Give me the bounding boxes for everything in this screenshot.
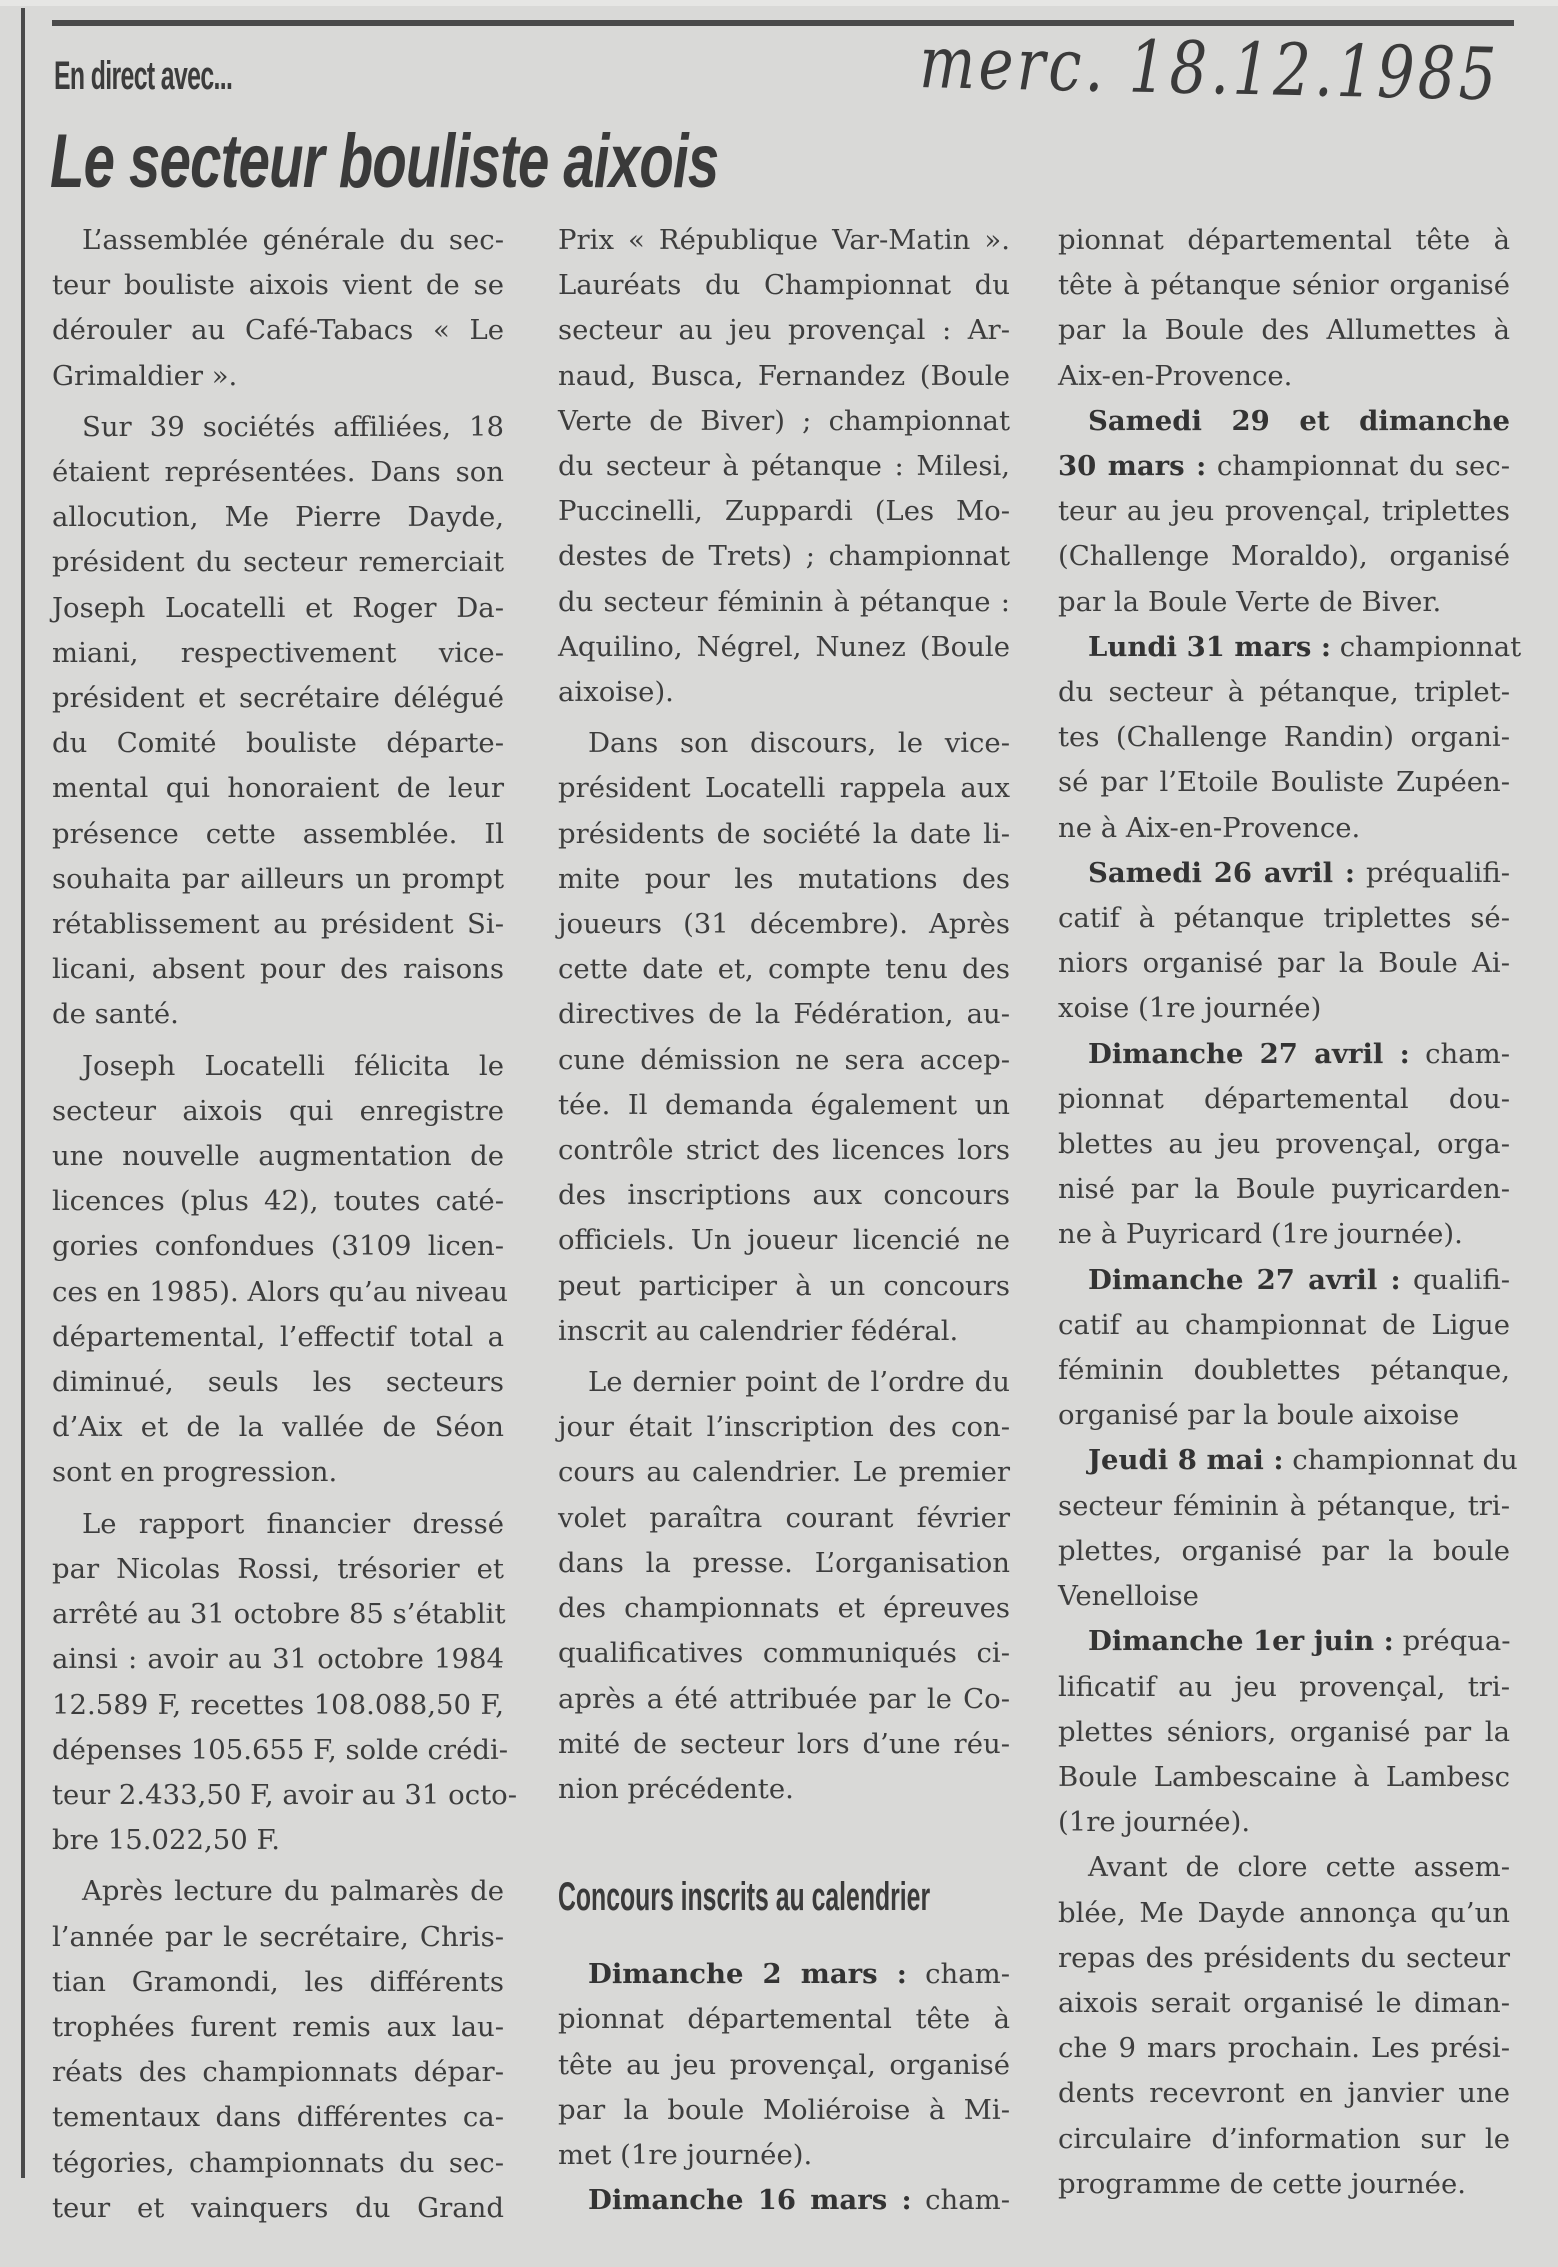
text-line: miani, respectivement vice- — [52, 631, 504, 676]
text-line: aixoise). — [558, 670, 1010, 715]
text-line: secteur au jeu provençal : Ar- — [558, 308, 1010, 353]
text-line: nisé par la Boule puyricarden- — [1058, 1167, 1510, 1212]
text-line: tementaux dans différentes ca- — [52, 2095, 504, 2140]
text-line: président Locatelli rappela aux — [558, 766, 1010, 811]
text-line: cune démission ne sera accep- — [558, 1038, 1010, 1083]
text-line: Samedi 29 et dimanche — [1058, 399, 1510, 444]
text-line: président du secteur remerciait — [52, 540, 504, 585]
event-date: Dimanche 1er juin : — [1088, 1625, 1394, 1657]
text-line: officiels. Un joueur licencié ne — [558, 1218, 1010, 1263]
event-item-continued: pionnat départemental tête à tête à péta… — [1058, 218, 1510, 399]
text-line: cette date et, compte tenu des — [558, 947, 1010, 992]
text-line: tée. Il demanda également un — [558, 1083, 1010, 1128]
text-line: tian Gramondi, les différents — [52, 1960, 504, 2005]
text-line: met (1re journée). — [558, 2133, 1010, 2178]
text-line: départemental, l’effectif total a — [52, 1315, 504, 1360]
event-date: Samedi 26 avril : — [1088, 857, 1355, 889]
text-line: Joseph Locatelli et Roger Da- — [52, 586, 504, 631]
text-line: repas des présidents du secteur — [1058, 1936, 1510, 1981]
text-line: tes (Challenge Randin) organi- — [1058, 715, 1510, 760]
event-text: cham- — [1410, 1038, 1510, 1070]
text-line: Jeudi 8 mai : championnat du — [1058, 1438, 1510, 1483]
text-line: qualificatives communiqués ci- — [558, 1631, 1010, 1676]
text-line: teur bouliste aixois vient de se — [52, 263, 504, 308]
text-line: rétablissement au président Si- — [52, 902, 504, 947]
text-line: Samedi 26 avril : préqualifi- — [1058, 851, 1510, 896]
left-column-rule — [21, 8, 25, 2178]
text-line: Boule Lambescaine à Lambesc — [1058, 1755, 1510, 1800]
text-line: licences (plus 42), toutes caté- — [52, 1179, 504, 1224]
text-line: Dimanche 27 avril : cham- — [1058, 1032, 1510, 1077]
text-line: organisé par la boule aixoise — [1058, 1393, 1510, 1438]
event-item: Dimanche 2 mars : cham- pionnat départem… — [558, 1952, 1010, 2178]
event-date: Lundi 31 mars : — [1088, 631, 1331, 663]
text-line: ces en 1985). Alors qu’au niveau — [52, 1270, 504, 1315]
text-line: L’assemblée générale du sec- — [52, 218, 504, 263]
text-line: dépenses 105.655 F, solde crédi- — [52, 1728, 504, 1773]
text-line: blée, Me Dayde annonça qu’un — [1058, 1891, 1510, 1936]
text-line: bre 15.022,50 F. — [52, 1818, 504, 1863]
paragraph-vice-president-speech: Dans son discours, le vice- président Lo… — [558, 721, 1010, 1354]
text-line: Prix « République Var-Matin ». — [558, 218, 1010, 263]
handwritten-date-annotation: merc. 18.12.1985 — [919, 20, 1500, 116]
text-line: volet paraîtra courant février — [558, 1496, 1010, 1541]
text-line: par Nicolas Rossi, trésorier et — [52, 1547, 504, 1592]
text-line: nion précédente. — [558, 1767, 1010, 1812]
text-line: des championnats et épreuves — [558, 1586, 1010, 1631]
text-line: souhaita par ailleurs un prompt — [52, 857, 504, 902]
text-line: Grimaldier ». — [52, 354, 504, 399]
text-line: aixois serait organisé le diman- — [1058, 1981, 1510, 2026]
text-line: par la Boule Verte de Biver. — [1058, 580, 1510, 625]
text-line: peut participer à un concours — [558, 1264, 1010, 1309]
text-line: dérouler au Café-Tabacs « Le — [52, 308, 504, 353]
text-line: diminué, seuls les secteurs — [52, 1360, 504, 1405]
text-line: plettes, organisé par la boule — [1058, 1529, 1510, 1574]
text-line: Puccinelli, Zuppardi (Les Mo- — [558, 489, 1010, 534]
event-text: préqualifi- — [1355, 857, 1510, 889]
text-line: des inscriptions aux concours — [558, 1173, 1010, 1218]
text-line: licani, absent pour des raisons — [52, 947, 504, 992]
text-line: allocution, Me Pierre Dayde, — [52, 495, 504, 540]
paragraph-intro: L’assemblée générale du sec- teur boulis… — [52, 218, 504, 399]
paragraph-laureates: Prix « République Var-Matin ». Lauréats … — [558, 218, 1010, 715]
text-line: du secteur à pétanque, triplet- — [1058, 670, 1510, 715]
text-line: présence cette assemblée. Il — [52, 812, 504, 857]
text-line: présidents de société la date li- — [558, 812, 1010, 857]
text-line: dans la presse. L’organisation — [558, 1541, 1010, 1586]
text-line: du secteur à pétanque : Milesi, — [558, 444, 1010, 489]
event-text: cham- — [907, 1958, 1010, 1990]
text-line: Lundi 31 mars : championnat — [1058, 625, 1510, 670]
text-line: 12.589 F, recettes 108.088,50 F, — [52, 1683, 504, 1728]
event-text: cham- — [912, 2184, 1010, 2216]
text-line: Sur 39 sociétés affiliées, 18 — [52, 405, 504, 450]
text-line: pionnat départemental tête à — [558, 1997, 1010, 2042]
event-item: Samedi 26 avril : préqualifi- catif à pé… — [1058, 851, 1510, 1032]
text-line: secteur aixois qui enregistre — [52, 1089, 504, 1134]
kicker-heading: En direct avec... — [54, 54, 232, 99]
text-line: après a été attribuée par le Co- — [558, 1677, 1010, 1722]
text-line: circulaire d’information sur le — [1058, 2117, 1510, 2162]
page-edge — [0, 0, 1558, 6]
text-line: teur 2.433,50 F, avoir au 31 octo- — [52, 1773, 504, 1818]
text-line: pionnat départemental tête à — [1058, 218, 1510, 263]
event-date: 30 mars : — [1058, 450, 1206, 482]
text-line: par la boule Moliéroise à Mi- — [558, 2088, 1010, 2133]
text-line: de santé. — [52, 992, 504, 1037]
text-line: sont en progression. — [52, 1450, 504, 1495]
article-column-2: Prix « République Var-Matin ». Lauréats … — [558, 218, 1010, 2223]
event-text: championnat du — [1284, 1444, 1518, 1476]
paragraph-financial-report: Le rapport financier dressé par Nicolas … — [52, 1502, 504, 1864]
event-date: Samedi 29 et dimanche — [1088, 405, 1510, 437]
text-line: Venelloise — [1058, 1574, 1510, 1619]
text-line: directives de la Fédération, au- — [558, 992, 1010, 1037]
text-line: gories confondues (3109 licen- — [52, 1224, 504, 1269]
text-line: Dimanche 2 mars : cham- — [558, 1952, 1010, 1997]
text-line: ne à Puyricard (1re journée). — [1058, 1212, 1510, 1257]
article-column-3: pionnat départemental tête à tête à péta… — [1058, 218, 1510, 2207]
text-line: président et secrétaire délégué — [52, 676, 504, 721]
text-line: ne à Aix-en-Provence. — [1058, 806, 1510, 851]
text-line: d’Aix et de la vallée de Séon — [52, 1405, 504, 1450]
text-line: contrôle strict des licences lors — [558, 1128, 1010, 1173]
event-date: Dimanche 27 avril : — [1088, 1264, 1401, 1296]
text-line: sé par l’Etoile Bouliste Zupéen- — [1058, 760, 1510, 805]
text-line: teur au jeu provençal, triplettes — [1058, 489, 1510, 534]
text-line: Dimanche 16 mars : cham- — [558, 2178, 1010, 2223]
text-line: une nouvelle augmentation de — [52, 1134, 504, 1179]
section-heading-calendar: Concours inscrits au calendrier — [558, 1872, 838, 1922]
text-line: tégories, championnats du sec- — [52, 2141, 504, 2186]
text-line: Avant de clore cette assem- — [1058, 1845, 1510, 1890]
paragraph-attendance: Sur 39 sociétés affiliées, 18 étaient re… — [52, 405, 504, 1038]
text-line: mité de secteur lors d’une réu- — [558, 1722, 1010, 1767]
text-line: cours au calendrier. Le premier — [558, 1450, 1010, 1495]
text-line: 30 mars : championnat du sec- — [1058, 444, 1510, 489]
text-line: programme de cette journée. — [1058, 2162, 1510, 2207]
text-line: du Comité bouliste départe- — [52, 721, 504, 766]
text-line: jour était l’inscription des con- — [558, 1405, 1010, 1450]
event-item: Dimanche 16 mars : cham- — [558, 2178, 1010, 2223]
text-line: Lauréats du Championnat du — [558, 263, 1010, 308]
text-line: inscrit au calendrier fédéral. — [558, 1309, 1010, 1354]
event-item: Lundi 31 mars : championnat du secteur à… — [1058, 625, 1510, 851]
event-text: championnat — [1331, 631, 1521, 663]
event-text: préqua- — [1394, 1625, 1511, 1657]
text-line: Joseph Locatelli félicita le — [52, 1044, 504, 1089]
text-line: catif à pétanque triplettes sé- — [1058, 896, 1510, 941]
text-line: joueurs (31 décembre). Après — [558, 902, 1010, 947]
text-line: Dimanche 27 avril : qualifi- — [1058, 1258, 1510, 1303]
text-line: Verte de Biver) ; championnat — [558, 399, 1010, 444]
text-line: che 9 mars prochain. Les prési- — [1058, 2026, 1510, 2071]
text-line: mental qui honoraient de leur — [52, 766, 504, 811]
text-line: dents recevront en janvier une — [1058, 2071, 1510, 2116]
text-line: blettes au jeu provençal, orga- — [1058, 1122, 1510, 1167]
text-line: tête à pétanque sénior organisé — [1058, 263, 1510, 308]
text-line: (Challenge Moraldo), organisé — [1058, 534, 1510, 579]
event-date: Dimanche 27 avril : — [1088, 1038, 1410, 1070]
text-line: Aix-en-Provence. — [1058, 354, 1510, 399]
text-line: Dimanche 1er juin : préqua- — [1058, 1619, 1510, 1664]
text-line: par la Boule des Allumettes à — [1058, 308, 1510, 353]
text-line: arrêté au 31 octobre 85 s’établit — [52, 1592, 504, 1637]
text-line: Le rapport financier dressé — [52, 1502, 504, 1547]
event-item: Dimanche 27 avril : qualifi- catif au ch… — [1058, 1258, 1510, 1439]
top-rule — [52, 20, 1514, 26]
text-line: naud, Busca, Fernandez (Boule — [558, 354, 1010, 399]
text-line: du secteur féminin à pétanque : — [558, 580, 1010, 625]
text-line: teur et vainquers du Grand — [52, 2186, 504, 2231]
text-line: destes de Trets) ; championnat — [558, 534, 1010, 579]
text-line: étaient représentées. Dans son — [52, 450, 504, 495]
text-line: mite pour les mutations des — [558, 857, 1010, 902]
paragraph-licences: Joseph Locatelli félicita le secteur aix… — [52, 1044, 504, 1496]
event-text: championnat du sec- — [1206, 450, 1510, 482]
text-line: Aquilino, Négrel, Nunez (Boule — [558, 625, 1010, 670]
text-line: réats des championnats dépar- — [52, 2050, 504, 2095]
text-line: Le dernier point de l’ordre du — [558, 1360, 1010, 1405]
event-date: Dimanche 16 mars : — [588, 2184, 912, 2216]
event-item: Dimanche 1er juin : préqua- lificatif au… — [1058, 1619, 1510, 1845]
text-line: secteur féminin à pétanque, tri- — [1058, 1484, 1510, 1529]
text-line: plettes séniors, organisé par la — [1058, 1710, 1510, 1755]
event-item: Samedi 29 et dimanche 30 mars : champion… — [1058, 399, 1510, 625]
text-line: trophées furent remis aux lau- — [52, 2005, 504, 2050]
text-line: (1re journée). — [1058, 1800, 1510, 1845]
text-line: l’année par le secrétaire, Chris- — [52, 1915, 504, 1960]
paragraph-palmares: Après lecture du palmarès de l’année par… — [52, 1869, 504, 2231]
article-column-1: L’assemblée générale du sec- teur boulis… — [52, 218, 504, 2231]
paragraph-closing: Avant de clore cette assem- blée, Me Day… — [1058, 1845, 1510, 2207]
text-line: tête au jeu provençal, organisé — [558, 2043, 1010, 2088]
event-item: Jeudi 8 mai : championnat du secteur fém… — [1058, 1438, 1510, 1619]
text-line: Dans son discours, le vice- — [558, 721, 1010, 766]
paragraph-calendar-intro: Le dernier point de l’ordre du jour étai… — [558, 1360, 1010, 1812]
text-line: pionnat départemental dou- — [1058, 1077, 1510, 1122]
text-line: catif au championnat de Ligue — [1058, 1303, 1510, 1348]
article-headline: Le secteur bouliste aixois — [50, 118, 718, 205]
text-line: lificatif au jeu provençal, tri- — [1058, 1665, 1510, 1710]
event-text: qualifi- — [1401, 1264, 1510, 1296]
text-line: niors organisé par la Boule Ai- — [1058, 941, 1510, 986]
text-line: féminin doublettes pétanque, — [1058, 1348, 1510, 1393]
event-date: Jeudi 8 mai : — [1088, 1444, 1284, 1476]
event-item: Dimanche 27 avril : cham- pionnat départ… — [1058, 1032, 1510, 1258]
text-line: Après lecture du palmarès de — [52, 1869, 504, 1914]
text-line: xoise (1re journée) — [1058, 986, 1510, 1031]
text-line: ainsi : avoir au 31 octobre 1984 — [52, 1637, 504, 1682]
event-date: Dimanche 2 mars : — [588, 1958, 907, 1990]
